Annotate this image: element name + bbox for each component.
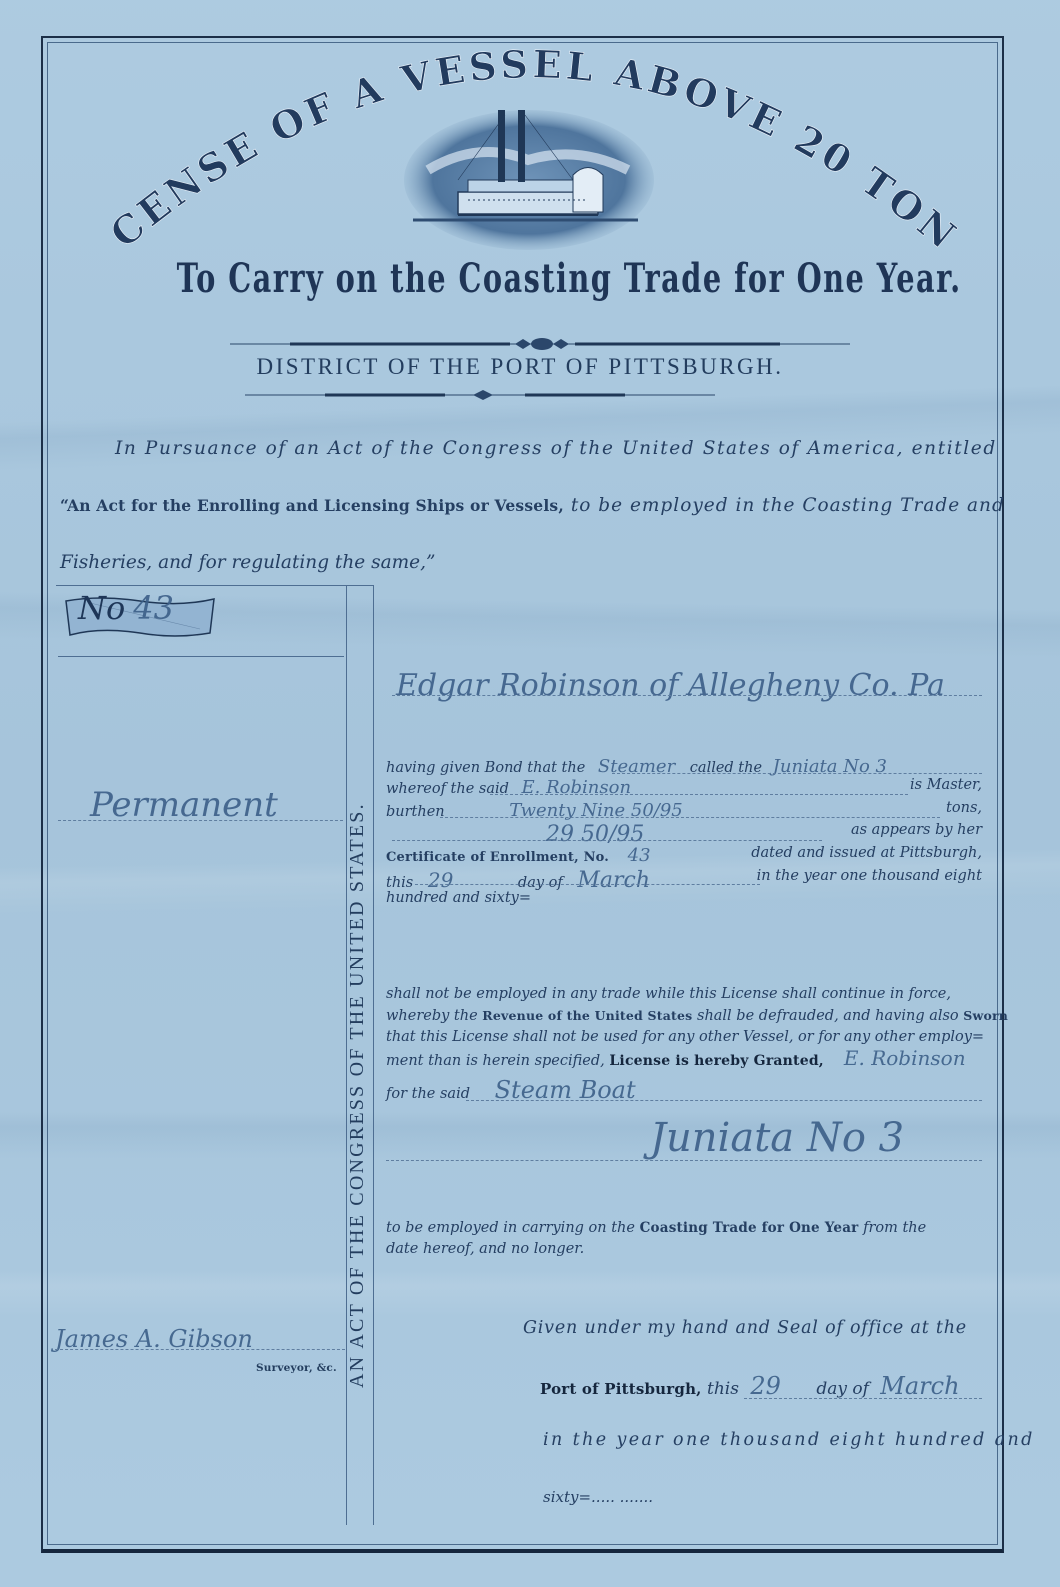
term-line-1: to be employed in carrying on the Coasti…: [386, 1218, 982, 1239]
burthen-number: 29 50/95: [546, 822, 644, 847]
cond-4a: ment than is herein specified,: [386, 1053, 609, 1069]
column-top-rule: [56, 585, 374, 586]
conditions-line-3: that this License shall not be used for …: [386, 1027, 982, 1048]
bond-label: having given Bond that the: [386, 760, 585, 776]
cond-2c: shall be defrauded, and having also: [692, 1008, 963, 1024]
closing-line-4: sixty=..... .......: [543, 1488, 653, 1506]
number-underline: [58, 656, 344, 657]
enroll-date-rule: [415, 884, 760, 885]
preamble-line-1: In Pursuance of an Act of the Congress o…: [60, 420, 990, 477]
ornamental-divider-2: [245, 390, 715, 400]
preamble: In Pursuance of an Act of the Congress o…: [60, 420, 990, 591]
license-number: No43: [78, 589, 174, 627]
term-1c: from the: [858, 1220, 926, 1236]
vessel-name-2: Juniata No 3: [650, 1115, 904, 1161]
burthen-number-rule: [392, 840, 822, 841]
closing-line-1: Given under my hand and Seal of office a…: [523, 1318, 967, 1338]
closing-line-2: Port of Pittsburgh, this 29 day of March: [540, 1372, 960, 1400]
for-said-label: for the said: [386, 1086, 470, 1102]
cond-2d: Sworn: [963, 1008, 1008, 1023]
closing-line-3: in the year one thousand eight hundred a…: [543, 1430, 1035, 1450]
conditions-line-4: ment than is herein specified, License i…: [386, 1048, 982, 1072]
this-label: this: [386, 875, 413, 891]
number-label: No: [78, 589, 125, 627]
preamble-line-2: “An Act for the Enrolling and Licensing …: [60, 477, 990, 534]
certificate-label: Certificate of Enrollment, No.: [386, 850, 609, 865]
term-line: [58, 820, 343, 821]
day-of-label: day of: [518, 875, 563, 891]
enroll-month: March: [577, 868, 650, 893]
burthen-label: burthen: [386, 804, 445, 820]
conditions-paragraph: shall not be employed in any trade while…: [386, 984, 982, 1072]
granted-to: E. Robinson: [844, 1046, 966, 1070]
subtitle: To Carry on the Coasting Trade for One Y…: [177, 255, 854, 302]
port-label: Port of Pittsburgh,: [540, 1380, 702, 1398]
preamble-line-3: Fisheries, and for regulating the same,”: [60, 534, 990, 591]
enroll-day: 29: [428, 868, 453, 892]
owner-name: Edgar Robinson of Allegheny Co. Pa: [396, 668, 945, 703]
year-label: in the year one thousand eight: [757, 868, 982, 884]
closing-day: 29: [750, 1372, 781, 1400]
owner-line: [392, 695, 982, 696]
burthen-rule: [440, 817, 940, 818]
term-1a: to be employed in carrying on the: [386, 1220, 640, 1236]
term-paragraph: to be employed in carrying on the Coasti…: [386, 1218, 982, 1260]
cond-2b: Revenue of the United States: [482, 1008, 692, 1023]
ornamental-divider: [230, 338, 850, 350]
closing-this-label: this: [707, 1379, 739, 1399]
closing-day-of: day of: [816, 1379, 869, 1399]
certificate-line: Certificate of Enrollment, No. 43 dated …: [386, 845, 982, 866]
closing-date-rule: [744, 1398, 982, 1399]
term-line-2: date hereof, and no longer.: [386, 1239, 982, 1260]
vessel-line: [612, 773, 982, 774]
is-master-label: is Master,: [910, 777, 982, 793]
term-permanent: Permanent: [90, 785, 278, 825]
certificate-number: 43: [628, 845, 651, 866]
appears-label: as appears by her: [851, 822, 982, 838]
dated-label: dated and issued at Pittsburgh,: [751, 845, 982, 861]
for-said-rule: [466, 1100, 982, 1101]
column-rule-right: [373, 585, 374, 1525]
district-heading: DISTRICT OF THE PORT OF PITTSBURGH.: [60, 354, 980, 380]
burthen-number-line: 29 50/95 as appears by her: [386, 822, 982, 847]
tons-label: tons,: [946, 800, 982, 816]
cond-2a: whereby the: [386, 1008, 482, 1024]
surveyor-title: Surveyor, &c.: [256, 1362, 337, 1374]
conditions-line-2: whereby the Revenue of the United States…: [386, 1005, 982, 1027]
vertical-act-banner: AN ACT OF THE CONGRESS OF THE UNITED STA…: [346, 802, 369, 1388]
number-value: 43: [133, 589, 174, 627]
license-granted: License is hereby Granted,: [609, 1053, 824, 1069]
hundred-line: hundred and sixty=: [386, 890, 531, 906]
subtitle-block: To Carry on the Coasting Trade for One Y…: [50, 250, 1000, 320]
act-title: “An Act for the Enrolling and Licensing …: [60, 496, 564, 515]
act-title-cont: to be employed in the Coasting Trade and: [564, 495, 1005, 516]
closing-month: March: [880, 1372, 959, 1400]
sixty-dots: ..... .......: [591, 1488, 653, 1506]
signature-line: [55, 1349, 345, 1350]
term-1b: Coasting Trade for One Year: [640, 1220, 859, 1236]
conditions-line-1: shall not be employed in any trade while…: [386, 984, 982, 1005]
sixty-label: sixty=: [543, 1488, 591, 1506]
vessel-name-rule: [386, 1160, 982, 1161]
master-line-rule: [490, 794, 908, 795]
steamboat-engraving: [398, 100, 660, 252]
